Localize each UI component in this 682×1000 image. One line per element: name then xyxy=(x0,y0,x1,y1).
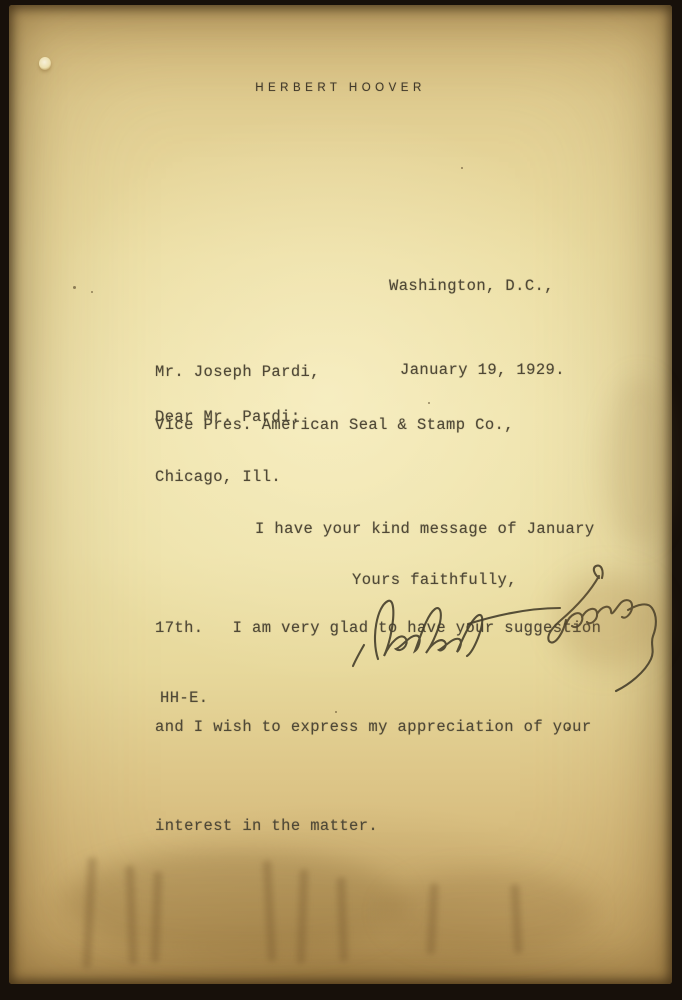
paper-speck xyxy=(91,291,93,293)
recipient-name: Mr. Joseph Pardi, xyxy=(155,364,514,382)
paper-pinhole xyxy=(39,57,51,70)
body-line: and I wish to express my appreciation of… xyxy=(155,711,601,744)
salutation: Dear Mr. Pardi: xyxy=(155,408,301,426)
typist-initials: HH-E. xyxy=(160,689,209,707)
right-edge-stain xyxy=(604,375,674,545)
body-line: I have your kind message of January xyxy=(155,513,601,546)
letter-paper: HERBERT HOOVER Washington, D.C., January… xyxy=(9,5,672,984)
letterhead: HERBERT HOOVER xyxy=(9,82,672,94)
framed-letter-photo: HERBERT HOOVER Washington, D.C., January… xyxy=(0,0,682,1000)
dateline-city: Washington, D.C., xyxy=(389,272,565,300)
body-line: interest in the matter. xyxy=(155,810,601,843)
paper-speck xyxy=(73,286,76,289)
stain-streak xyxy=(125,865,137,965)
stain-streak xyxy=(82,857,97,969)
paper-speck xyxy=(461,167,463,169)
herbert-hoover-signature xyxy=(320,562,665,697)
